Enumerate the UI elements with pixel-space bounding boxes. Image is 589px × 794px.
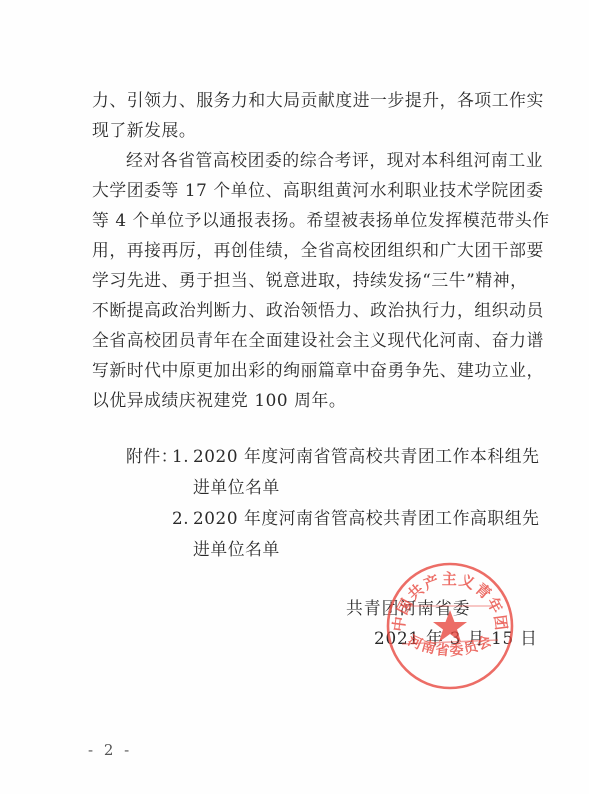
paragraph-2-line-4: 用，再接再厉，再创佳绩，全省高校团组织和广大团干部要 bbox=[92, 239, 497, 261]
paragraph-1-line-2: 现了新发展。 bbox=[92, 119, 497, 141]
document-page: 力、引领力、服务力和大局贡献度进一步提升，各项工作实 现了新发展。 经对各省管高… bbox=[0, 0, 589, 794]
paragraph-2-line-9: 以优异成绩庆祝建党 100 周年。 bbox=[92, 389, 497, 411]
attachment-2-line-1: 2020 年度河南省管高校共青团工作高职组先 bbox=[193, 507, 497, 529]
attachment-1-line-1: 2020 年度河南省管高校共青团工作本科组先 bbox=[193, 445, 497, 467]
paragraph-2-line-2: 大学团委等 17 个单位、高职组黄河水利职业技术学院团委 bbox=[92, 179, 497, 201]
attachments-label: 附件： bbox=[126, 445, 178, 467]
page-number: - 2 - bbox=[88, 740, 132, 760]
paragraph-2-line-3: 等 4 个单位予以通报表扬。希望被表扬单位发挥模范带头作 bbox=[92, 209, 497, 231]
signature-organization: 共青团河南省委 bbox=[346, 597, 470, 619]
paragraph-2-line-7: 全省高校团员青年在全面建设社会主义现代化河南、奋力谱 bbox=[92, 329, 497, 351]
official-seal-icon: 中国共产主义青年团 河南省委员会 bbox=[384, 560, 516, 692]
attachment-2-line-2: 进单位名单 bbox=[193, 538, 280, 560]
attachment-1-number: 1. bbox=[172, 445, 189, 467]
signature-date: 2021 年 3 月 15 日 bbox=[374, 627, 538, 649]
paragraph-1-line-1: 力、引领力、服务力和大局贡献度进一步提升，各项工作实 bbox=[92, 89, 497, 111]
paragraph-2-line-6: 不断提高政治判断力、政治领悟力、政治执行力，组织动员 bbox=[92, 299, 497, 321]
attachment-1-line-2: 进单位名单 bbox=[193, 476, 280, 498]
paragraph-2-line-1: 经对各省管高校团委的综合考评，现对本科组河南工业 bbox=[126, 149, 497, 171]
attachment-2-number: 2. bbox=[172, 507, 189, 529]
paragraph-2-line-5: 学习先进、勇于担当、锐意进取，持续发扬“三牛”精神， bbox=[92, 269, 497, 291]
paragraph-2-line-8: 写新时代中原更加出彩的绚丽篇章中奋勇争先、建功立业， bbox=[92, 359, 497, 381]
